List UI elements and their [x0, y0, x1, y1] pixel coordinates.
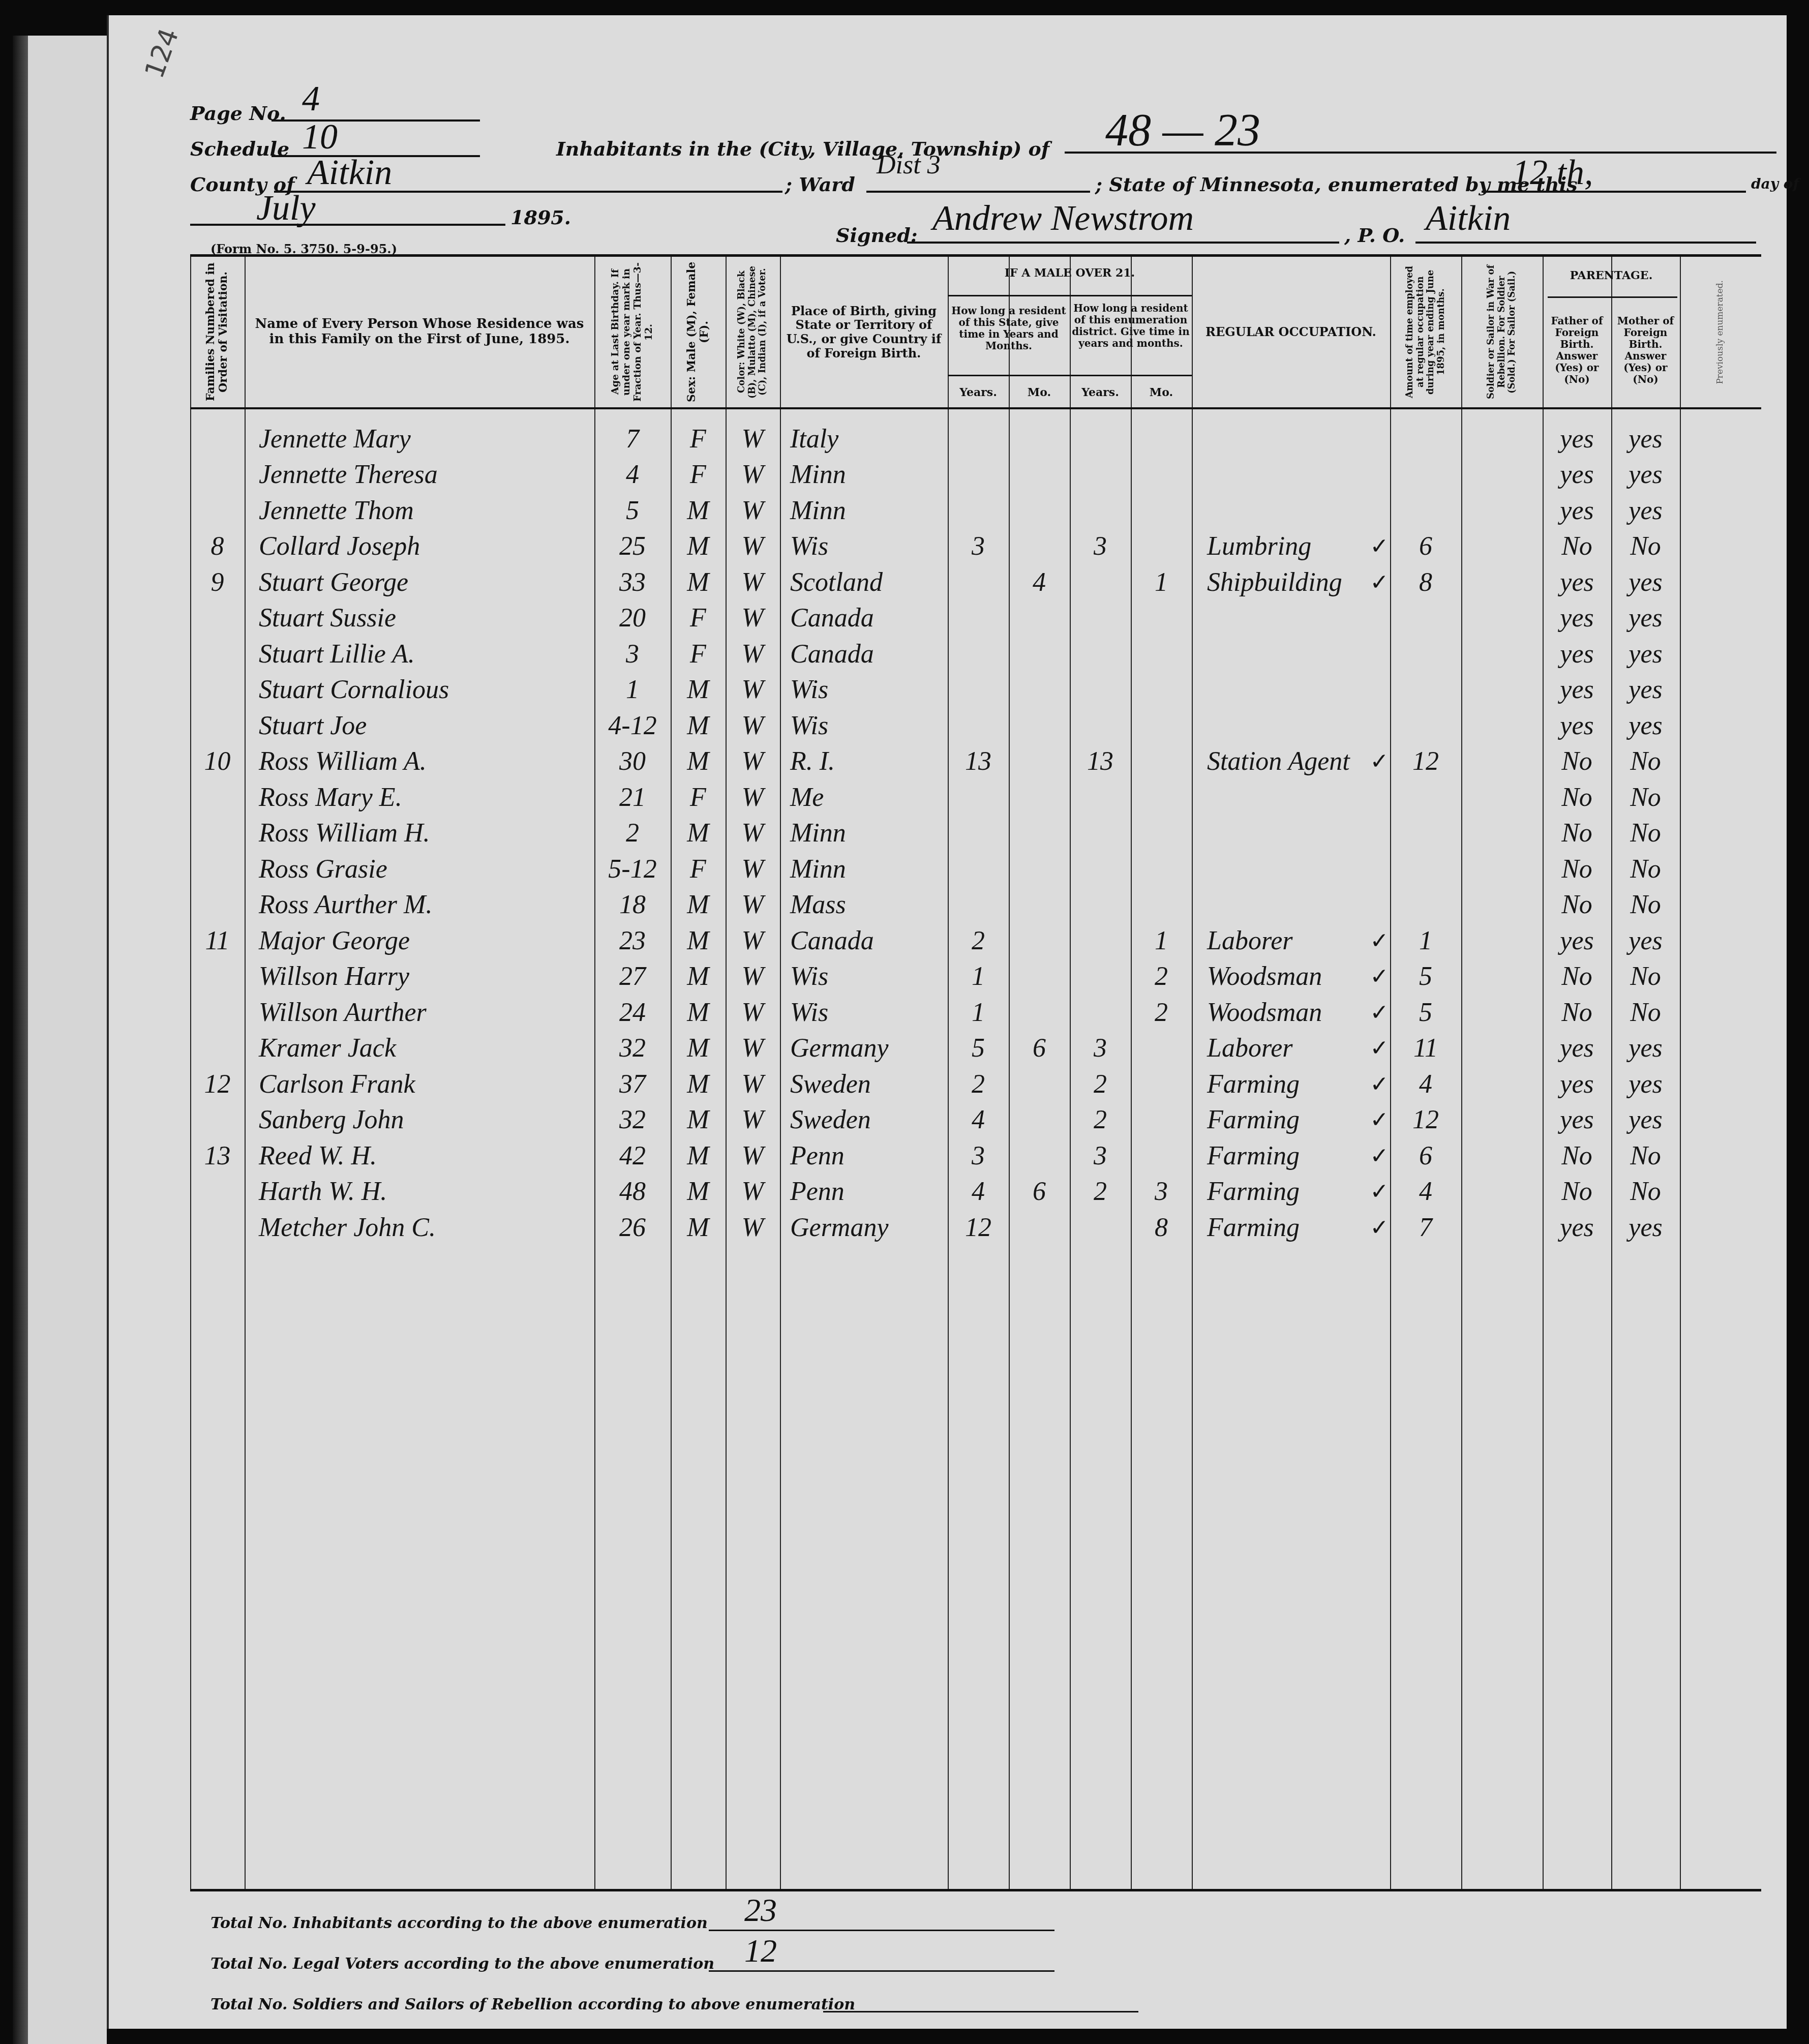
cell-state-months: 6: [1009, 1032, 1070, 1065]
cell-months-employed: [1390, 637, 1461, 671]
header-divider: [1543, 407, 1680, 409]
cell-district-months: [1131, 422, 1192, 456]
cell-father-foreign: No: [1543, 530, 1611, 563]
cell-color: W: [726, 565, 780, 599]
table-row: Metcher John C.26MWGermany128Farming✓7ye…: [190, 1211, 1761, 1244]
cell-sex: F: [671, 422, 726, 456]
cell-soldier: [1461, 852, 1543, 886]
total-soldiers-label: Total No. Soldiers and Sailors of Rebell…: [210, 1996, 855, 2013]
cell-age: 21: [594, 780, 671, 814]
cell-color: W: [726, 673, 780, 707]
cell-name: Willson Harry: [259, 960, 594, 994]
table-row: Willson Harry27MWWis12Woodsman✓5NoNo: [190, 960, 1761, 994]
cell-family-no: [190, 458, 245, 492]
header-occupation-text: REGULAR OCCUPATION.: [1205, 325, 1376, 339]
cell-state-months: [1009, 602, 1070, 635]
cell-father-foreign: No: [1543, 996, 1611, 1029]
cell-age: 7: [594, 422, 671, 456]
table-row: 11Major George23MWCanada21Laborer✓1yesye…: [190, 924, 1761, 957]
cell-district-months: 1: [1131, 924, 1192, 957]
month-line: [190, 224, 505, 226]
checkmark-icon: ✓: [1367, 924, 1392, 957]
cell-family-no: 8: [190, 530, 245, 563]
cell-birthplace: Sweden: [790, 1067, 948, 1101]
cell-state-months: [1009, 709, 1070, 742]
cell-soldier: [1461, 1139, 1543, 1173]
cell-name: Willson Aurther: [259, 996, 594, 1029]
cell-occupation: [1207, 673, 1375, 707]
cell-soldier: [1461, 422, 1543, 456]
total-inhabitants-line: [709, 1930, 1054, 1931]
cell-state-months: [1009, 1211, 1070, 1244]
cell-age: 37: [594, 1067, 671, 1101]
inhabitants-label: Inhabitants in the (City, Village, Towns…: [556, 137, 1049, 160]
header-district-residence: How long a resident of this enumeration …: [1070, 303, 1192, 349]
header-family-no: Families Numbered in Order of Visitation…: [190, 257, 245, 409]
cell-state-months: [1009, 996, 1070, 1029]
cell-name: Stuart George: [259, 565, 594, 599]
cell-birthplace: Scotland: [790, 565, 948, 599]
cell-occupation: [1207, 817, 1375, 850]
cell-soldier: [1461, 673, 1543, 707]
cell-months-employed: [1390, 422, 1461, 456]
cell-occupation: Laborer: [1207, 1032, 1375, 1065]
cell-sex: M: [671, 709, 726, 742]
cell-name: Collard Joseph: [259, 530, 594, 563]
cell-district-months: 8: [1131, 1211, 1192, 1244]
checkmark-icon: ✓: [1367, 1032, 1392, 1065]
cell-mother-foreign: yes: [1611, 458, 1680, 492]
page-bottom-edge: [107, 2029, 1809, 2044]
cell-color: W: [726, 494, 780, 527]
cell-soldier: [1461, 494, 1543, 527]
cell-state-years: 4: [948, 1175, 1009, 1209]
cell-father-foreign: yes: [1543, 602, 1611, 635]
cell-district-months: [1131, 602, 1192, 635]
cell-family-no: [190, 709, 245, 742]
cell-birthplace: Canada: [790, 637, 948, 671]
cell-occupation: Station Agent: [1207, 745, 1375, 778]
cell-district-months: [1131, 780, 1192, 814]
header-previously: Previously enumerated.: [1680, 257, 1761, 409]
cell-soldier: [1461, 780, 1543, 814]
cell-district-months: 3: [1131, 1175, 1192, 1209]
cell-months-employed: 5: [1390, 996, 1461, 1029]
cell-father-foreign: yes: [1543, 494, 1611, 527]
cell-father-foreign: yes: [1543, 422, 1611, 456]
cell-father-foreign: No: [1543, 817, 1611, 850]
header-sex: Sex: Male (M), Female (F).: [671, 257, 726, 409]
day-of-label: day of: [1751, 175, 1799, 192]
cell-sex: M: [671, 1139, 726, 1173]
table-row: Ross Mary E.21FWMeNoNo: [190, 780, 1761, 814]
cell-family-no: [190, 673, 245, 707]
table-row: Ross Grasie5-12FWMinnNoNo: [190, 852, 1761, 886]
cell-district-months: 2: [1131, 960, 1192, 994]
table-row: Stuart Lillie A.3FWCanadayesyes: [190, 637, 1761, 671]
cell-family-no: 12: [190, 1067, 245, 1101]
cell-father-foreign: No: [1543, 888, 1611, 922]
cell-birthplace: Mass: [790, 888, 948, 922]
table-row: Ross Aurther M.18MWMassNoNo: [190, 888, 1761, 922]
cell-district-months: [1131, 494, 1192, 527]
header-birthplace: Place of Birth, giving State or Territor…: [780, 257, 948, 409]
cell-state-months: [1009, 924, 1070, 957]
cell-months-employed: [1390, 602, 1461, 635]
checkmark-icon: [1367, 494, 1392, 527]
header-district-years: Years.: [1070, 386, 1131, 399]
cell-district-months: [1131, 852, 1192, 886]
cell-district-years: [1070, 817, 1131, 850]
cell-age: 24: [594, 996, 671, 1029]
cell-name: Reed W. H.: [259, 1139, 594, 1173]
checkmark-icon: [1367, 888, 1392, 922]
cell-soldier: [1461, 1211, 1543, 1244]
cell-months-employed: [1390, 458, 1461, 492]
cell-state-years: [948, 637, 1009, 671]
cell-father-foreign: yes: [1543, 458, 1611, 492]
cell-color: W: [726, 602, 780, 635]
cell-soldier: [1461, 458, 1543, 492]
cell-mother-foreign: yes: [1611, 673, 1680, 707]
cell-months-employed: 12: [1390, 1103, 1461, 1137]
cell-district-years: 2: [1070, 1067, 1131, 1101]
cell-name: Major George: [259, 924, 594, 957]
cell-district-years: [1070, 709, 1131, 742]
cell-age: 5: [594, 494, 671, 527]
cell-birthplace: R. I.: [790, 745, 948, 778]
cell-mother-foreign: yes: [1611, 422, 1680, 456]
cell-age: 5-12: [594, 852, 671, 886]
header-previously-text: Previously enumerated.: [1715, 280, 1726, 384]
cell-color: W: [726, 458, 780, 492]
cell-sex: M: [671, 1067, 726, 1101]
header-occupation: REGULAR OCCUPATION.: [1192, 257, 1390, 409]
cell-occupation: Farming: [1207, 1139, 1375, 1173]
po-label: , P. O.: [1344, 224, 1405, 247]
cell-state-months: [1009, 817, 1070, 850]
header-parentage: PARENTAGE.: [1543, 269, 1680, 282]
cell-sex: F: [671, 458, 726, 492]
cell-birthplace: Germany: [790, 1032, 948, 1065]
cell-months-employed: 4: [1390, 1175, 1461, 1209]
checkmark-icon: ✓: [1367, 1139, 1392, 1173]
cell-state-months: [1009, 960, 1070, 994]
cell-mother-foreign: No: [1611, 852, 1680, 886]
cell-birthplace: Germany: [790, 1211, 948, 1244]
cell-state-years: 12: [948, 1211, 1009, 1244]
table-row: Willson Aurther24MWWis12Woodsman✓5NoNo: [190, 996, 1761, 1029]
cell-birthplace: Penn: [790, 1139, 948, 1173]
cell-name: Jennette Thom: [259, 494, 594, 527]
cell-sex: M: [671, 494, 726, 527]
cell-color: W: [726, 924, 780, 957]
cell-color: W: [726, 960, 780, 994]
cell-mother-foreign: No: [1611, 960, 1680, 994]
cell-age: 48: [594, 1175, 671, 1209]
cell-family-no: [190, 780, 245, 814]
table-row: 9Stuart George33MWScotland41Shipbuilding…: [190, 565, 1761, 599]
cell-age: 42: [594, 1139, 671, 1173]
cell-mother-foreign: No: [1611, 780, 1680, 814]
cell-state-years: [948, 494, 1009, 527]
cell-soldier: [1461, 1032, 1543, 1065]
header-state-residence: How long a resident of this State, give …: [948, 305, 1070, 352]
cell-district-months: [1131, 1067, 1192, 1101]
cell-birthplace: Canada: [790, 924, 948, 957]
cell-age: 20: [594, 602, 671, 635]
cell-occupation: Farming: [1207, 1067, 1375, 1101]
cell-state-months: 4: [1009, 565, 1070, 599]
census-table: Families Numbered in Order of Visitation…: [190, 254, 1761, 1891]
header-sex-text: Sex: Male (M), Female (F).: [685, 260, 711, 404]
cell-birthplace: Sweden: [790, 1103, 948, 1137]
header-soldier: Soldier or Sailor in War of Rebellion. F…: [1461, 257, 1543, 409]
table-row: Stuart Sussie20FWCanadayesyes: [190, 602, 1761, 635]
cell-father-foreign: yes: [1543, 1032, 1611, 1065]
cell-occupation: [1207, 709, 1375, 742]
cell-family-no: [190, 996, 245, 1029]
census-page: 124 Page No. 4 Schedule 10 Inhabitants i…: [107, 15, 1787, 2029]
cell-birthplace: Wis: [790, 960, 948, 994]
cell-color: W: [726, 1103, 780, 1137]
cell-name: Kramer Jack: [259, 1032, 594, 1065]
total-inhabitants-label: Total No. Inhabitants according to the a…: [210, 1914, 708, 1932]
table-row: Stuart Joe4-12MWWisyesyes: [190, 709, 1761, 742]
signature-line: [907, 242, 1339, 244]
cell-age: 26: [594, 1211, 671, 1244]
header-male-over-21: IF A MALE OVER 21.: [948, 267, 1192, 280]
cell-soldier: [1461, 602, 1543, 635]
cell-state-years: 5: [948, 1032, 1009, 1065]
cell-district-years: 3: [1070, 530, 1131, 563]
header-name: Name of Every Person Whose Residence was…: [245, 257, 594, 409]
po-line: [1415, 242, 1756, 244]
checkmark-icon: ✓: [1367, 1067, 1392, 1101]
cell-age: 4-12: [594, 709, 671, 742]
cell-color: W: [726, 1211, 780, 1244]
cell-occupation: Farming: [1207, 1103, 1375, 1137]
header-soldier-text: Soldier or Sailor in War of Rebellion. F…: [1486, 260, 1518, 404]
cell-district-years: [1070, 458, 1131, 492]
header-father: Father of Foreign Birth. Answer (Yes) or…: [1543, 315, 1611, 385]
cell-state-months: [1009, 637, 1070, 671]
cell-state-years: 2: [948, 1067, 1009, 1101]
cell-sex: M: [671, 996, 726, 1029]
cell-sex: M: [671, 1032, 726, 1065]
cell-birthplace: Minn: [790, 817, 948, 850]
cell-family-no: [190, 817, 245, 850]
cell-father-foreign: No: [1543, 1175, 1611, 1209]
cell-father-foreign: yes: [1543, 565, 1611, 599]
ward-label: ; Ward: [785, 173, 855, 196]
cell-name: Ross Mary E.: [259, 780, 594, 814]
enumerator-signature: Andrew Newstrom: [932, 198, 1194, 239]
cell-district-months: [1131, 1032, 1192, 1065]
cell-age: 23: [594, 924, 671, 957]
cell-sex: F: [671, 637, 726, 671]
checkmark-icon: [1367, 637, 1392, 671]
cell-state-years: [948, 888, 1009, 922]
cell-months-employed: 8: [1390, 565, 1461, 599]
cell-district-years: [1070, 960, 1131, 994]
cell-soldier: [1461, 637, 1543, 671]
cell-district-years: [1070, 996, 1131, 1029]
cell-family-no: 11: [190, 924, 245, 957]
cell-father-foreign: No: [1543, 780, 1611, 814]
month-value: July: [256, 188, 316, 229]
cell-occupation: [1207, 422, 1375, 456]
cell-months-employed: [1390, 817, 1461, 850]
cell-father-foreign: No: [1543, 745, 1611, 778]
checkmark-icon: ✓: [1367, 565, 1392, 599]
cell-soldier: [1461, 565, 1543, 599]
cell-color: W: [726, 1067, 780, 1101]
checkmark-icon: ✓: [1367, 1103, 1392, 1137]
cell-birthplace: Wis: [790, 996, 948, 1029]
cell-color: W: [726, 1032, 780, 1065]
header-employed: Amount of time employed at regular occup…: [1390, 257, 1461, 409]
cell-district-months: [1131, 1103, 1192, 1137]
cell-sex: M: [671, 565, 726, 599]
cell-birthplace: Minn: [790, 458, 948, 492]
cell-state-years: 3: [948, 530, 1009, 563]
cell-occupation: Woodsman: [1207, 996, 1375, 1029]
cell-district-months: 1: [1131, 565, 1192, 599]
cell-sex: M: [671, 673, 726, 707]
checkmark-icon: [1367, 673, 1392, 707]
cell-mother-foreign: yes: [1611, 1211, 1680, 1244]
cell-district-years: 3: [1070, 1139, 1131, 1173]
table-row: 10Ross William A.30MWR. I.1313Station Ag…: [190, 745, 1761, 778]
signed-label: Signed:: [836, 224, 918, 247]
table-row: Ross William H.2MWMinnNoNo: [190, 817, 1761, 850]
header-color-text: Color: White (W), Black (B), Mulatto (M)…: [737, 260, 768, 404]
cell-district-months: [1131, 673, 1192, 707]
cell-mother-foreign: yes: [1611, 494, 1680, 527]
checkmark-icon: ✓: [1367, 1211, 1392, 1244]
cell-soldier: [1461, 960, 1543, 994]
cell-district-years: 2: [1070, 1103, 1131, 1137]
cell-state-years: 2: [948, 924, 1009, 957]
cell-color: W: [726, 852, 780, 886]
table-row: Jennette Mary7FWItalyyesyes: [190, 422, 1761, 456]
cell-district-months: [1131, 709, 1192, 742]
cell-mother-foreign: No: [1611, 530, 1680, 563]
cell-name: Ross Grasie: [259, 852, 594, 886]
cell-months-employed: [1390, 852, 1461, 886]
cell-mother-foreign: yes: [1611, 924, 1680, 957]
cell-sex: M: [671, 530, 726, 563]
cell-color: W: [726, 1175, 780, 1209]
cell-name: Ross William A.: [259, 745, 594, 778]
cell-months-employed: [1390, 780, 1461, 814]
total-voters-value: 12: [744, 1932, 777, 1970]
cell-state-years: [948, 422, 1009, 456]
cell-name: Ross William H.: [259, 817, 594, 850]
cell-name: Sanberg John: [259, 1103, 594, 1137]
checkmark-icon: ✓: [1367, 1175, 1392, 1209]
cell-state-months: [1009, 1103, 1070, 1137]
cell-state-months: [1009, 780, 1070, 814]
cell-occupation: Lumbring: [1207, 530, 1375, 563]
cell-family-no: 13: [190, 1139, 245, 1173]
cell-district-years: [1070, 1211, 1131, 1244]
cell-district-months: 2: [1131, 996, 1192, 1029]
cell-mother-foreign: yes: [1611, 637, 1680, 671]
total-voters-label: Total No. Legal Voters according to the …: [210, 1955, 714, 1973]
cell-soldier: [1461, 530, 1543, 563]
cell-mother-foreign: yes: [1611, 1032, 1680, 1065]
header-name-text: Name of Every Person Whose Residence was…: [248, 317, 591, 347]
checkmark-icon: [1367, 817, 1392, 850]
header-age: Age at Last Birthday. If under one year …: [594, 257, 671, 409]
header-state-months: Mo.: [1009, 386, 1070, 399]
header-divider: [948, 407, 1192, 409]
cell-state-months: [1009, 530, 1070, 563]
checkmark-icon: ✓: [1367, 745, 1392, 778]
cell-district-months: [1131, 745, 1192, 778]
cell-state-months: [1009, 673, 1070, 707]
cell-sex: M: [671, 924, 726, 957]
cell-sex: M: [671, 817, 726, 850]
cell-soldier: [1461, 1175, 1543, 1209]
cell-father-foreign: yes: [1543, 673, 1611, 707]
total-voters-line: [709, 1970, 1054, 1972]
cell-state-years: [948, 673, 1009, 707]
cell-color: W: [726, 817, 780, 850]
cell-months-employed: 11: [1390, 1032, 1461, 1065]
table-row: 12Carlson Frank37MWSweden22Farming✓4yesy…: [190, 1067, 1761, 1101]
cell-occupation: [1207, 602, 1375, 635]
cell-soldier: [1461, 745, 1543, 778]
cell-state-months: [1009, 888, 1070, 922]
cell-district-months: [1131, 817, 1192, 850]
cell-mother-foreign: No: [1611, 1139, 1680, 1173]
cell-family-no: [190, 1175, 245, 1209]
table-row: 8Collard Joseph25MWWis33Lumbring✓6NoNo: [190, 530, 1761, 563]
cell-age: 1: [594, 673, 671, 707]
cell-age: 32: [594, 1103, 671, 1137]
township-value: 48 — 23: [1105, 104, 1260, 157]
cell-birthplace: Canada: [790, 602, 948, 635]
cell-family-no: [190, 960, 245, 994]
cell-district-months: [1131, 458, 1192, 492]
table-row: Jennette Thom5MWMinnyesyes: [190, 494, 1761, 527]
cell-state-months: 6: [1009, 1175, 1070, 1209]
table-row: Stuart Cornalious1MWWisyesyes: [190, 673, 1761, 707]
cell-state-years: [948, 458, 1009, 492]
cell-district-years: [1070, 852, 1131, 886]
cell-state-months: [1009, 852, 1070, 886]
ward-value: Dist 3: [877, 150, 941, 180]
cell-sex: M: [671, 888, 726, 922]
cell-months-employed: 12: [1390, 745, 1461, 778]
cell-mother-foreign: No: [1611, 817, 1680, 850]
cell-state-months: [1009, 1067, 1070, 1101]
header-state-years: Years.: [948, 386, 1009, 399]
cell-district-years: 2: [1070, 1175, 1131, 1209]
cell-family-no: [190, 1032, 245, 1065]
cell-age: 3: [594, 637, 671, 671]
cell-occupation: [1207, 458, 1375, 492]
cell-name: Carlson Frank: [259, 1067, 594, 1101]
cell-father-foreign: No: [1543, 852, 1611, 886]
cell-sex: M: [671, 1211, 726, 1244]
cell-district-years: 3: [1070, 1032, 1131, 1065]
cell-occupation: [1207, 637, 1375, 671]
cell-state-months: [1009, 458, 1070, 492]
